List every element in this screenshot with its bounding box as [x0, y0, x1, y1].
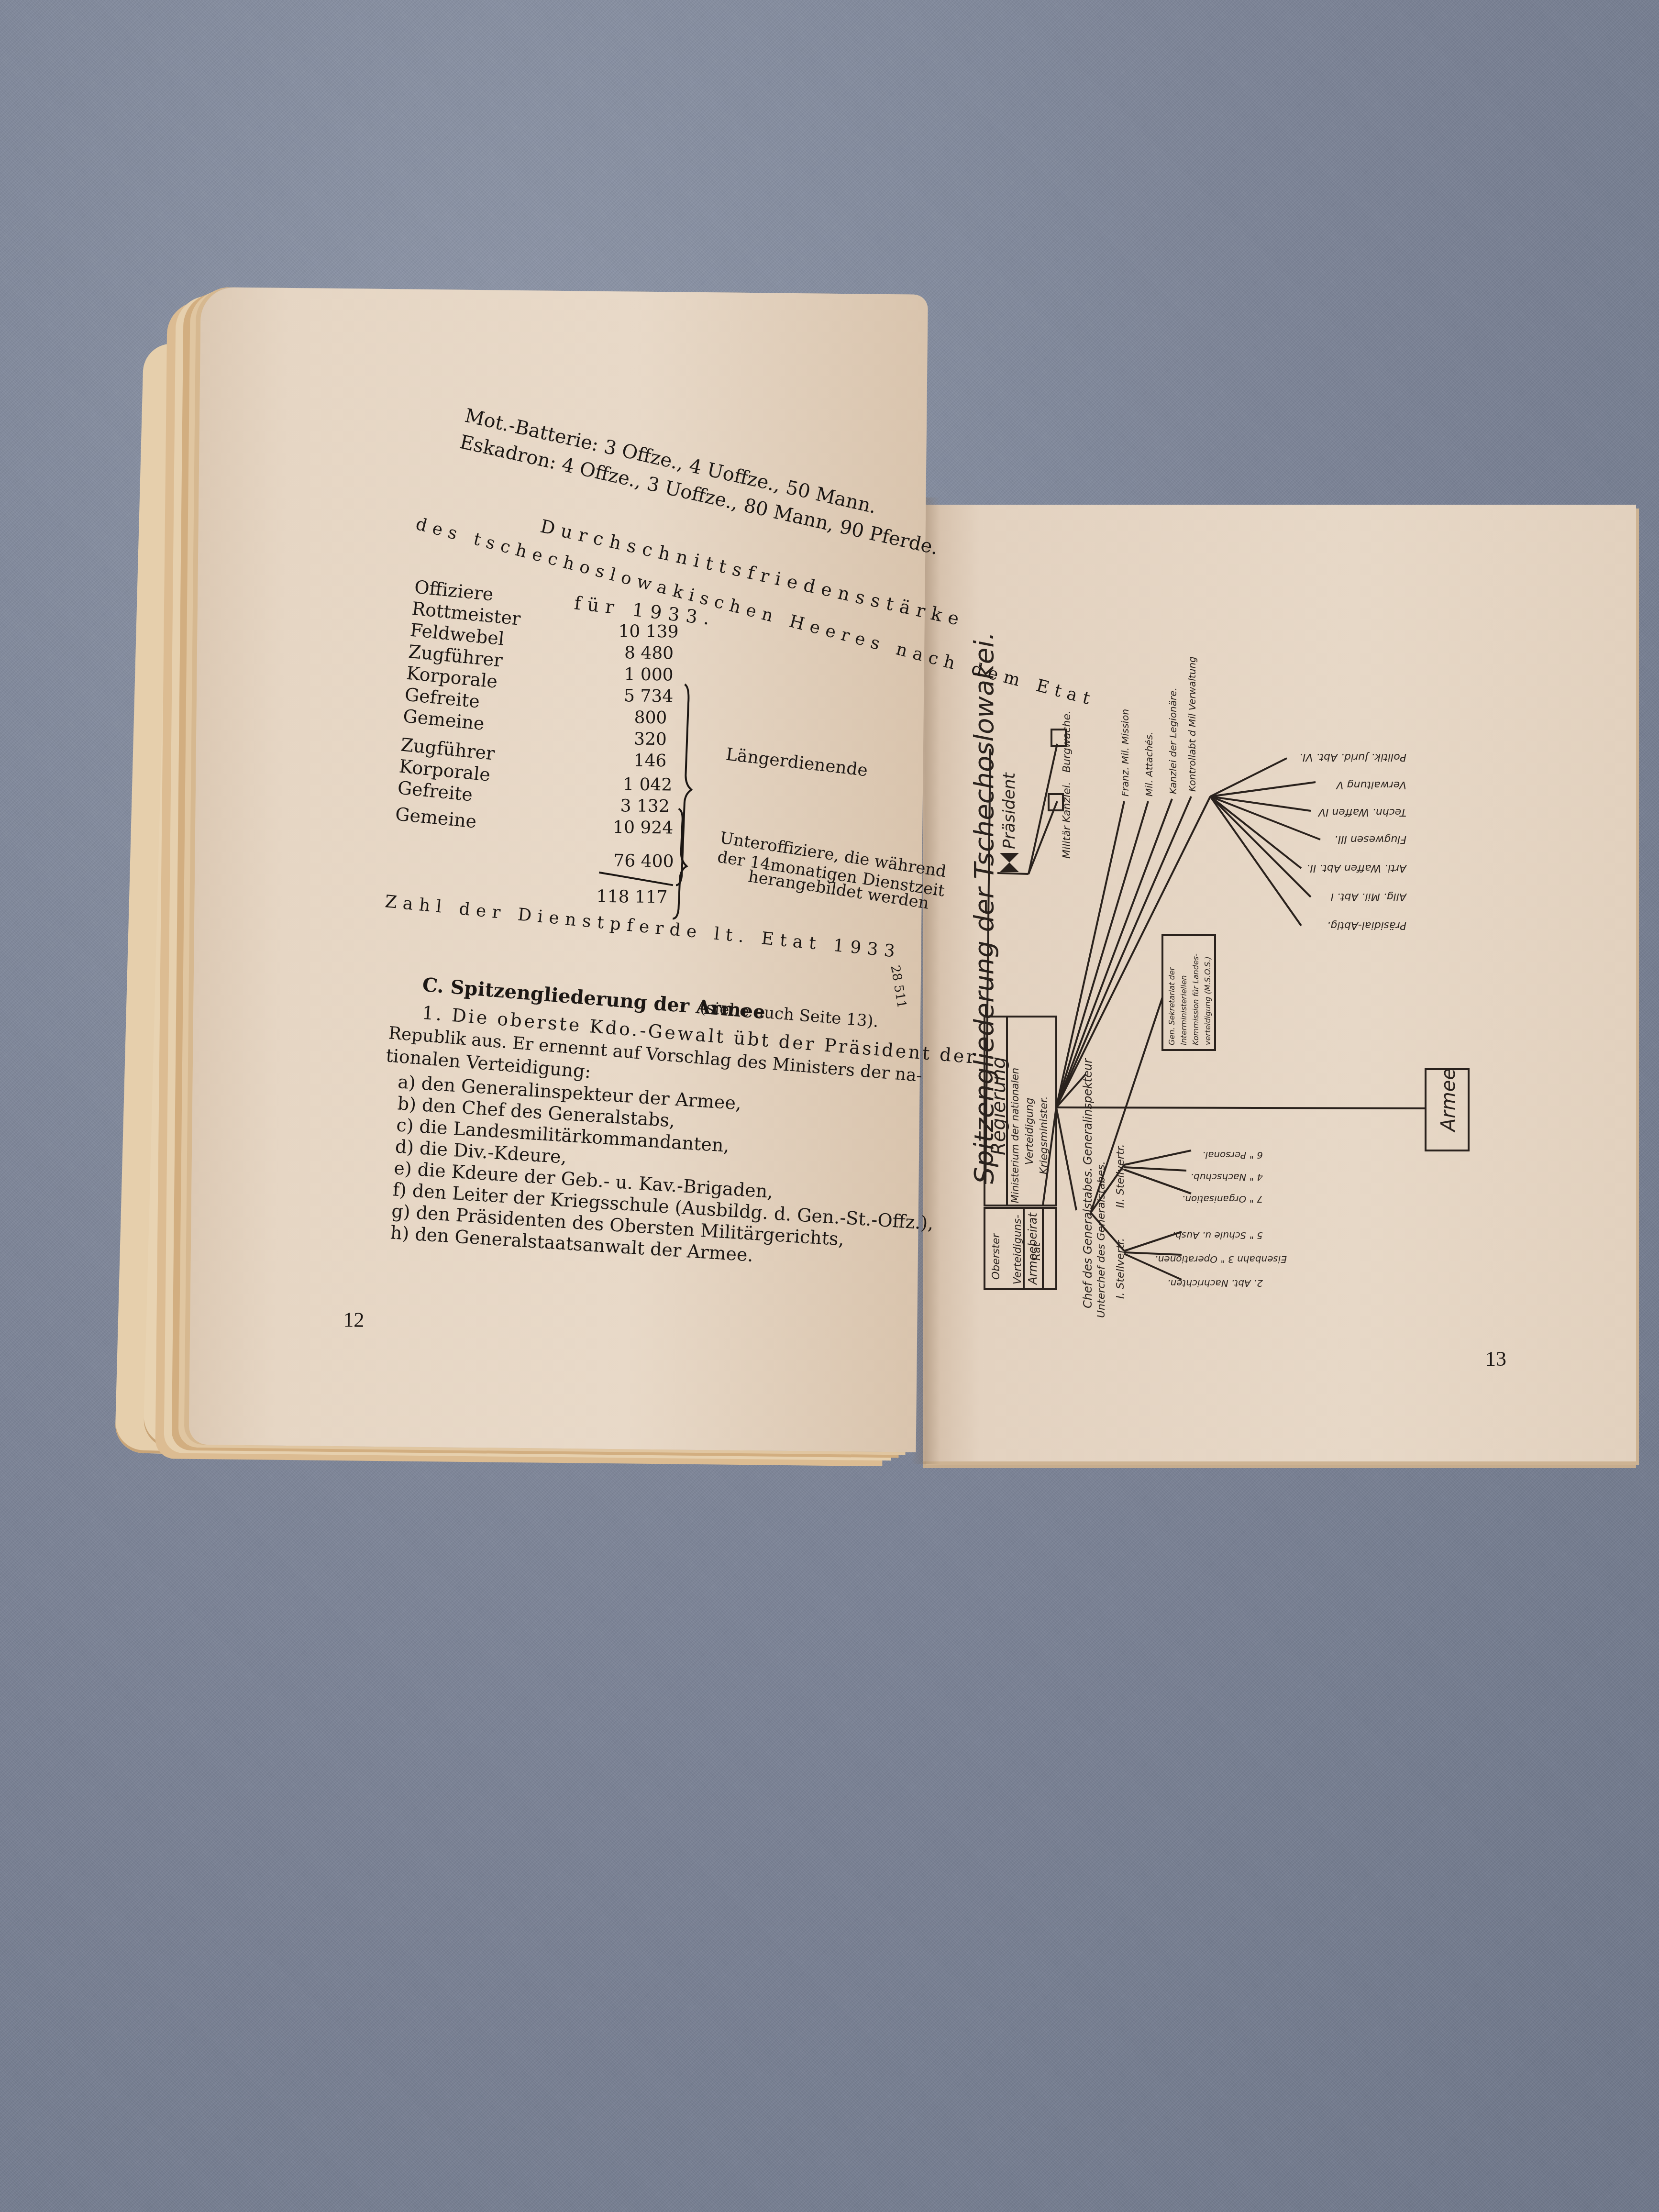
supreme-defense-council-label-2: Verteidiguns-: [1012, 1215, 1024, 1284]
branch-french-mission: Franz. Mil. Mission: [1119, 709, 1131, 796]
war-minister-label: Kriegsminister.: [1038, 1096, 1050, 1174]
org-chart-diagram: Spitzengliederung der Tschechoslowakei. …: [923, 505, 1636, 1461]
dept-flugwesen: Flugwesen III.: [1334, 833, 1406, 845]
branch-control-dept: Kontrollabt d Mil Verwaltung: [1186, 656, 1198, 792]
president-label: Präsident: [1000, 773, 1019, 849]
dept-verwaltung: Verwaltung V: [1337, 779, 1406, 791]
deputy-1-label: I. Stellvertr.: [1115, 1238, 1127, 1299]
dept-praesidial: Präsidial-Abtlg.: [1327, 919, 1406, 931]
dept-operationen: Eisenbahn 3 " Operationen.: [1155, 1254, 1287, 1265]
military-chancellery-label: Militär Kanzlei.: [1061, 782, 1073, 859]
dept-arti-waffen: Arti. Waffen Abt. II.: [1306, 862, 1406, 874]
page-number-left: 12: [343, 1307, 365, 1332]
dept-techn-waffen: Techn. Waffen IV: [1318, 806, 1406, 818]
org-chart-lines: [923, 505, 1636, 1461]
ministry-label: Ministerium der nationalen: [1009, 1068, 1021, 1203]
armee-label: Armee: [1438, 1068, 1460, 1131]
ministry-label-2: Verteidigung: [1024, 1097, 1036, 1165]
secretariat-label-2: Interministeriellen: [1179, 975, 1188, 1045]
dept-allg-mil: Allg. Mil. Abt. I: [1330, 891, 1406, 903]
secretariat-label-1: Gen. Sekretariat der: [1167, 967, 1176, 1045]
table-total: 118 117: [596, 887, 667, 907]
strength-table: Offiziere Rottmeister 10 139 Feldwebel 8…: [201, 287, 928, 295]
regierung-label: Regierung: [988, 1057, 1010, 1155]
chief-of-staff-label: Chef des Generalstabes.: [1081, 1168, 1095, 1308]
supreme-defense-council-label: Oberster: [990, 1233, 1002, 1280]
deputy-2-label: II. Stellvertr.: [1115, 1144, 1127, 1208]
right-page: Spitzengliederung der Tschechoslowakei. …: [923, 505, 1636, 1461]
dept-nachrichten: 2. Abt. Nachrichten.: [1167, 1278, 1263, 1289]
dept-organisation: 7 " Organisation.: [1182, 1194, 1263, 1205]
left-page: Mot.-Batterie: 3 Offze., 4 Uoffze., 50 M…: [189, 287, 928, 1452]
page-number-right: 13: [1485, 1347, 1506, 1371]
dept-nachschub: 4 " Nachschub.: [1191, 1172, 1263, 1183]
open-book: Spitzengliederung der Tschechoslowakei. …: [0, 0, 1659, 2212]
branch-legionnaire-office: Kanzlei der Legionäre.: [1167, 687, 1179, 794]
dept-schule: 5 " Schule u. Ausb.: [1172, 1230, 1263, 1241]
castle-guard-label: Burgwache.: [1061, 710, 1073, 773]
secretariat-label-4: verteidigung (M.S.O.S.): [1203, 956, 1212, 1045]
deputy-chief-of-staff-label: Unterchef des Generalstabes.: [1095, 1161, 1107, 1318]
army-council-label: Armeebeirat: [1026, 1213, 1040, 1284]
general-inspector-label: Generalinspekteur: [1081, 1059, 1095, 1165]
dept-personal: 6 " Personal.: [1202, 1150, 1263, 1161]
dept-politik-jurid: Politik. Jurid. Abt. VI.: [1299, 751, 1406, 763]
table-subtotal: 76 400: [613, 851, 674, 871]
secretariat-label-3: Kommission für Landes-: [1191, 953, 1200, 1045]
branch-military-attaches: Mil. Attachés.: [1143, 732, 1155, 796]
